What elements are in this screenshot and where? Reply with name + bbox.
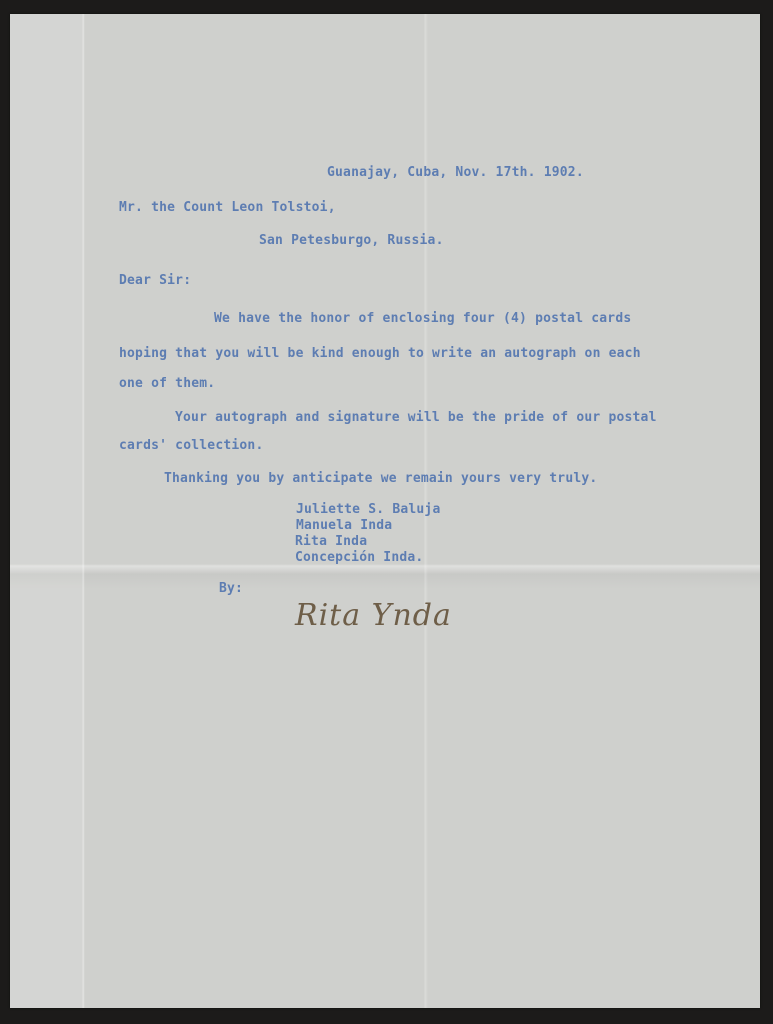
body-line: We have the honor of enclosing four (4) … xyxy=(214,311,631,326)
recipient-place: San Petesburgo, Russia. xyxy=(259,233,444,248)
by-label: By: xyxy=(219,581,243,596)
body-line: Thanking you by anticipate we remain you… xyxy=(164,471,597,486)
body-line: one of them. xyxy=(119,376,215,391)
dateline: Guanajay, Cuba, Nov. 17th. 1902. xyxy=(327,165,584,180)
paper-fold-flap xyxy=(10,14,84,1008)
signatory: Concepción Inda. xyxy=(295,550,423,566)
signatory: Manuela Inda xyxy=(296,518,392,534)
signatory: Rita Inda xyxy=(295,534,367,550)
body-line: cards' collection. xyxy=(119,438,263,453)
body-line: Your autograph and signature will be the… xyxy=(175,410,657,425)
salutation: Dear Sir: xyxy=(119,273,191,288)
handwritten-signature: Rita Ynda xyxy=(295,598,452,633)
body-line: hoping that you will be kind enough to w… xyxy=(119,346,641,361)
signatory: Juliette S. Baluja xyxy=(296,502,440,518)
recipient-name: Mr. the Count Leon Tolstoi, xyxy=(119,200,336,215)
